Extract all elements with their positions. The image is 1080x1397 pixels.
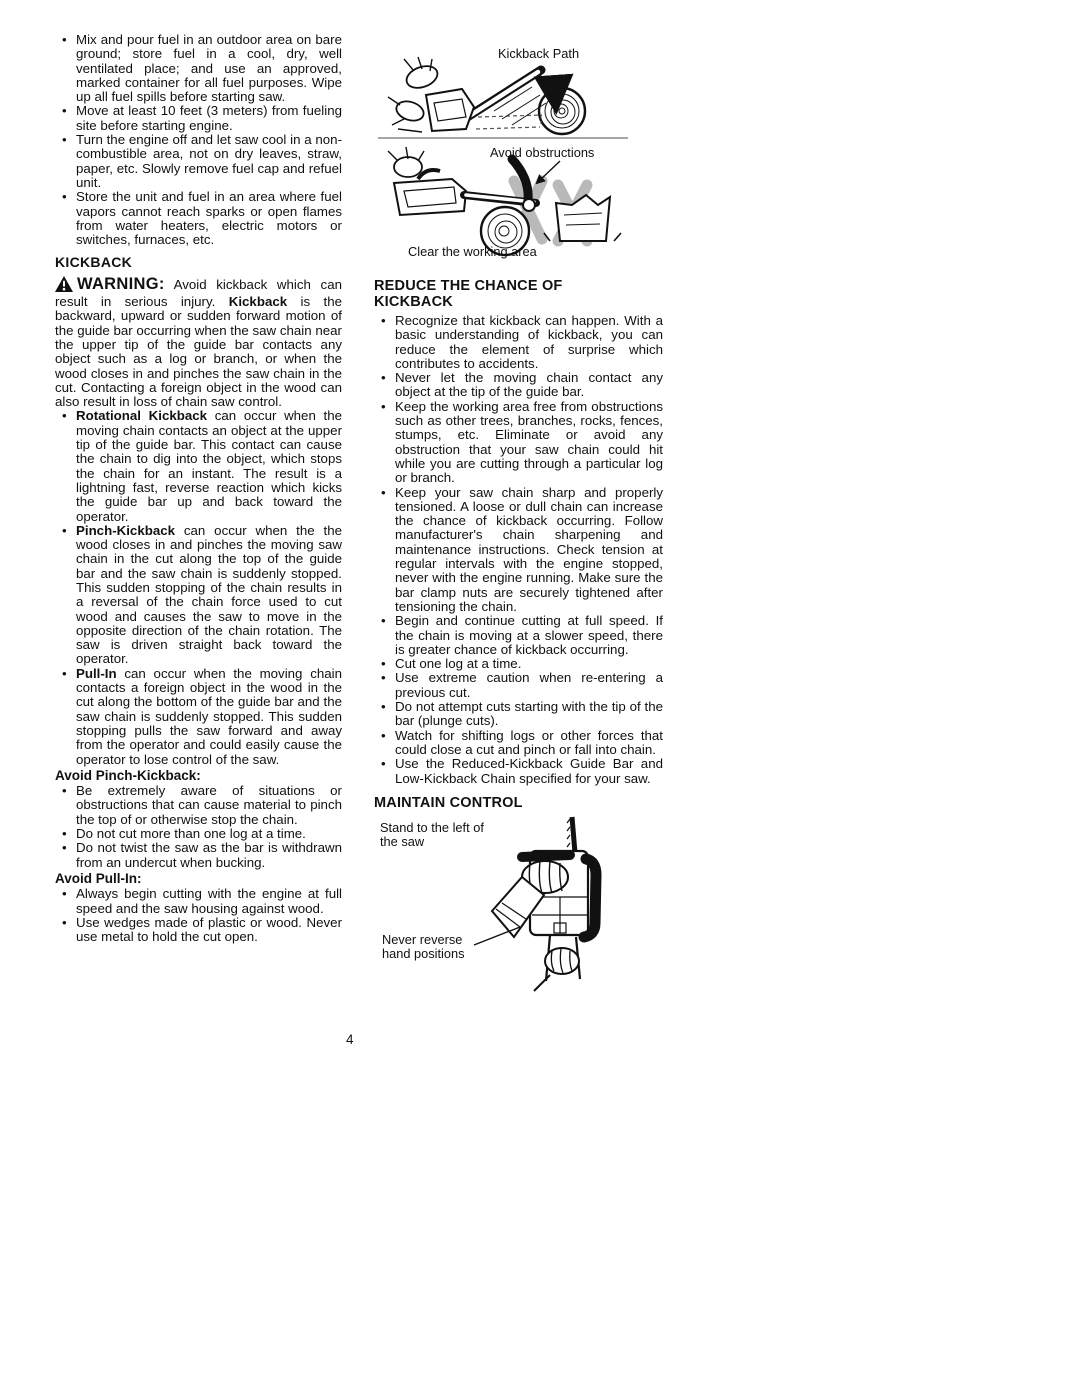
- never-reverse-label: Never reverse hand positions: [382, 933, 487, 960]
- manual-page: Mix and pour fuel in an outdoor area on …: [0, 0, 1080, 1397]
- bullet-text: Keep the working area free from obstruct…: [395, 399, 663, 485]
- kickback-type-text: can occur when the the wood closes in an…: [76, 523, 342, 667]
- warning-bold-term: Kickback: [229, 294, 287, 309]
- clear-working-area-label: Clear the working area: [408, 245, 537, 259]
- bullet-text: Use the Reduced-Kickback Guide Bar and L…: [395, 756, 663, 785]
- left-column: Mix and pour fuel in an outdoor area on …: [55, 33, 342, 944]
- bullet-item: Do not cut more than one log at a time.: [55, 827, 342, 841]
- bullet-text: Do not twist the saw as the bar is withd…: [76, 840, 342, 869]
- bullet-text: Always begin cutting with the engine at …: [76, 886, 342, 915]
- page-number: 4: [346, 1032, 354, 1047]
- bullet-item: Do not twist the saw as the bar is withd…: [55, 841, 342, 870]
- warning-label: WARNING:: [77, 275, 165, 293]
- bullet-item: Mix and pour fuel in an outdoor area on …: [55, 33, 342, 104]
- bullet-text: Begin and continue cutting at full speed…: [395, 613, 663, 657]
- avoid-pinch-bullets: Be extremely aware of situations or obst…: [55, 784, 342, 870]
- figure-kickback-path: Kickback Path: [374, 33, 663, 141]
- avoid-pinch-heading: Avoid Pinch-Kickback:: [55, 769, 342, 783]
- avoid-pullin-bullets: Always begin cutting with the engine at …: [55, 887, 342, 944]
- kickback-type-text: can occur when the moving chain contacts…: [76, 408, 342, 523]
- bullet-item: Do not attempt cuts starting with the ti…: [374, 700, 663, 729]
- bullet-text: Be extremely aware of situations or obst…: [76, 783, 342, 827]
- avoid-pullin-heading: Avoid Pull-In:: [55, 872, 342, 886]
- figure-maintain-control: Stand to the left of the saw Never rever…: [374, 815, 663, 997]
- bullet-item: Keep your saw chain sharp and properly t…: [374, 486, 663, 615]
- reduce-kickback-heading: REDUCE THE CHANCE OF KICKBACK: [374, 279, 589, 310]
- kickback-type-item: Pull-In can occur when the moving chain …: [55, 667, 342, 767]
- bullet-item: Be extremely aware of situations or obst…: [55, 784, 342, 827]
- bullet-text: Turn the engine off and let saw cool in …: [76, 132, 342, 190]
- bullet-item: Turn the engine off and let saw cool in …: [55, 133, 342, 190]
- kickback-type-lead: Pinch-Kickback: [76, 523, 175, 538]
- bullet-item: Always begin cutting with the engine at …: [55, 887, 342, 916]
- avoid-obstructions-label: Avoid obstructions: [490, 146, 594, 160]
- bullet-text: Use wedges made of plastic or wood. Neve…: [76, 915, 342, 944]
- kickback-type-lead: Rotational Kickback: [76, 408, 207, 423]
- kickback-type-item: Rotational Kickback can occur when the m…: [55, 409, 342, 523]
- bullet-text: Do not attempt cuts starting with the ti…: [395, 699, 663, 728]
- kickback-type-lead: Pull-In: [76, 666, 117, 681]
- figure-kickback-path-label: Kickback Path: [498, 47, 579, 61]
- bullet-text: Mix and pour fuel in an outdoor area on …: [76, 32, 342, 104]
- bullet-text: Use extreme caution when re-entering a p…: [395, 670, 663, 699]
- bullet-item: Move at least 10 feet (3 meters) from fu…: [55, 104, 342, 133]
- warning-text: is the backward, upward or sudden forwar…: [55, 294, 342, 409]
- reduce-kickback-bullets: Recognize that kickback can happen. With…: [374, 314, 663, 786]
- bullet-text: Watch for shifting logs or other forces …: [395, 728, 663, 757]
- kickback-type-item: Pinch-Kickback can occur when the the wo…: [55, 524, 342, 667]
- bullet-text: Do not cut more than one log at a time.: [76, 826, 306, 841]
- warning-triangle-icon: [55, 276, 73, 295]
- right-column: Kickback Path: [374, 33, 663, 997]
- kickback-type-bullets: Rotational Kickback can occur when the m…: [55, 409, 342, 766]
- bullet-text: Move at least 10 feet (3 meters) from fu…: [76, 103, 342, 132]
- bullet-item: Recognize that kickback can happen. With…: [374, 314, 663, 371]
- bullet-item: Begin and continue cutting at full speed…: [374, 614, 663, 657]
- bullet-text: Recognize that kickback can happen. With…: [395, 313, 663, 371]
- kickback-heading: KICKBACK: [55, 255, 342, 269]
- bullet-item: Store the unit and fuel in an area where…: [55, 190, 342, 247]
- figure-clear-working-area: Avoid obstructions Clear the working are…: [374, 141, 663, 269]
- warning-paragraph: WARNING: Avoid kickback which can result…: [55, 276, 342, 410]
- bullet-item: Never let the moving chain contact any o…: [374, 371, 663, 400]
- bullet-item: Keep the working area free from obstruct…: [374, 400, 663, 486]
- bullet-item: Use wedges made of plastic or wood. Neve…: [55, 916, 342, 945]
- stand-left-label: Stand to the left of the saw: [380, 821, 498, 848]
- bullet-item: Use extreme caution when re-entering a p…: [374, 671, 663, 700]
- bullet-text: Never let the moving chain contact any o…: [395, 370, 663, 399]
- kickback-type-text: can occur when the moving chain contacts…: [76, 666, 342, 767]
- maintain-control-heading: MAINTAIN CONTROL: [374, 796, 634, 812]
- bullet-text: Keep your saw chain sharp and properly t…: [395, 485, 663, 614]
- bullet-text: Cut one log at a time.: [395, 656, 521, 671]
- fuel-safety-bullets: Mix and pour fuel in an outdoor area on …: [55, 33, 342, 247]
- bullet-text: Store the unit and fuel in an area where…: [76, 189, 342, 247]
- bullet-item: Watch for shifting logs or other forces …: [374, 729, 663, 758]
- bullet-item: Cut one log at a time.: [374, 657, 663, 671]
- bullet-item: Use the Reduced-Kickback Guide Bar and L…: [374, 757, 663, 786]
